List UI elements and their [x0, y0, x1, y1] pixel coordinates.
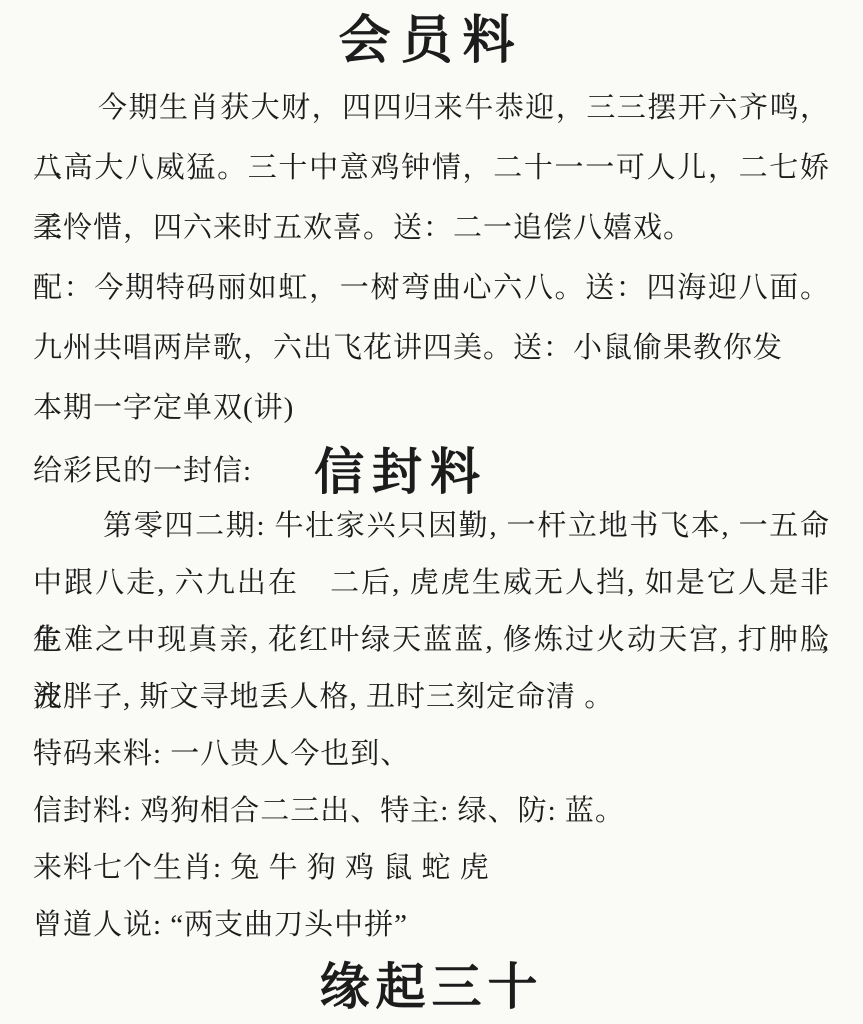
envelope-line-6: 信封料: 鸡狗相合二三出、特主: 绿、防: 蓝。: [33, 783, 830, 840]
envelope-line-5: 特码来料: 一八贵人今也到、: [33, 726, 830, 783]
origin-section-title: 缘起三十: [33, 954, 830, 1020]
member-line-4: 配：今期特码丽如虹，一树弯曲心六八。送：四海迎八面。: [33, 258, 830, 318]
member-line-6: 本期一字定单双(讲): [33, 378, 830, 438]
letter-label: 给彩民的一封信:: [33, 448, 252, 489]
envelope-line-1: 第零四二期: 牛壮家兴只因勤, 一杆立地书飞本, 一五命: [33, 498, 830, 555]
member-line-5: 九州共唱两岸歌，六出飞花讲四美。送：小鼠偷果教你发: [33, 318, 830, 378]
envelope-line-8: 曾道人说: “两支曲刀头中拼”: [33, 897, 830, 954]
envelope-line-7: 来料七个生肖: 兔 牛 狗 鸡 鼠 蛇 虎: [33, 840, 830, 897]
envelope-line-2: 中跟八走, 六九出在 二后, 虎虎生威无人挡, 如是它人是非生,: [33, 555, 830, 612]
envelope-section-title: 信封料: [314, 432, 488, 504]
member-line-2: 八高大八威猛。三十中意鸡钟情，二十一一可人儿，二七娇柔: [33, 138, 830, 198]
letter-heading-row: 给彩民的一封信: 信封料: [33, 438, 830, 498]
member-section-title: 会员料: [33, 6, 830, 78]
document-page: 会员料 今期生肖获大财，四四归来牛恭迎，三三摆开六齐鸣，二 八高大八威猛。三十中…: [0, 0, 863, 1024]
member-line-3: 三怜惜，四六来时五欢喜。送：二一追偿八嬉戏。: [33, 198, 830, 258]
envelope-line-3: 危难之中现真亲, 花红叶绿天蓝蓝, 修炼过火动天宫, 打肿脸波: [33, 612, 830, 669]
envelope-line-4: 充胖子, 斯文寻地丢人格, 丑时三刻定命清 。: [33, 669, 830, 726]
member-line-1: 今期生肖获大财，四四归来牛恭迎，三三摆开六齐鸣，二: [33, 78, 830, 138]
